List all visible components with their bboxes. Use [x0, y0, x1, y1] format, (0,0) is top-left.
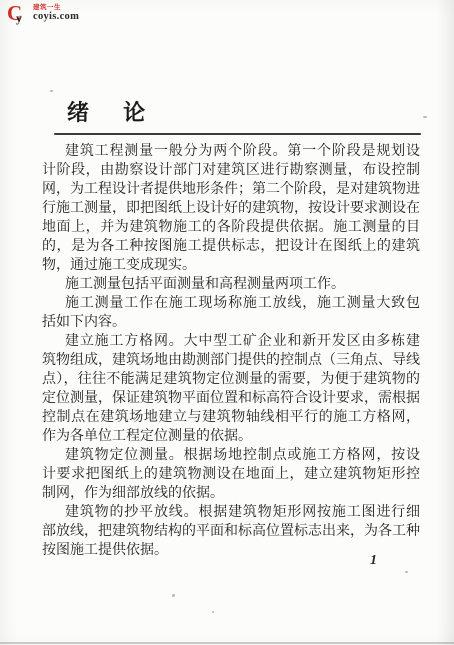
scan-speck [212, 611, 214, 613]
scan-speck [50, 90, 53, 92]
logo-letter-y: y [16, 11, 22, 26]
text-line: 计阶段，由勘察设计部门对建筑区进行勘察测量，布设控制 [42, 161, 420, 180]
page-number: 1 [370, 553, 377, 569]
watermark-site: coyis.com [33, 11, 79, 23]
text-line: 的，是为各工种按图施工提供标志，把设计在图纸上的建筑 [42, 237, 420, 256]
text-line: 部放线，把建筑物结构的平面和标高位置标志出来，为各工种 [42, 522, 420, 541]
body-text: 建筑工程测量一般分为两个阶段。第一个阶段是规划设计阶段，由勘察设计部门对建筑区进… [42, 142, 420, 560]
text-line: 建筑工程测量一般分为两个阶段。第一个阶段是规划设 [42, 142, 420, 161]
scan-bottom-edge [0, 642, 454, 644]
text-line: 行施工测量，即把图纸上设计好的建筑物，按设计要求测设在 [42, 199, 420, 218]
text-line: 制网，作为细部放线的依据。 [42, 484, 420, 503]
text-line: 定位测量，保证建筑物平面位置和标高符合设计要求，需根据 [42, 389, 420, 408]
scan-speck [405, 571, 408, 573]
text-line: 地面上，并为建筑物施工的各阶段提供依据。施工测量的目 [42, 218, 420, 237]
scan-speck [172, 594, 175, 597]
text-line: 建筑物的抄平放线。根据建筑物矩形网按施工图进行细 [42, 503, 420, 522]
text-line: 计要求把图纸上的建筑物测设在地面上，建立建筑物矩形控 [42, 465, 420, 484]
text-line: 建筑物定位测量。根据场地控制点或施工方格网，按设 [42, 446, 420, 465]
chapter-title: 绪 论 [67, 96, 146, 127]
text-line: 按图施工提供依据。 [42, 541, 420, 560]
coyis-watermark: C y 建筑一生 coyis.com [7, 3, 79, 25]
text-line: 网，为工程设计者提供地形条件；第二个阶段，是对建筑物进 [42, 180, 420, 199]
watermark-text: 建筑一生 coyis.com [33, 3, 79, 23]
text-line: 作为各单位工程定位测量的依据。 [42, 427, 420, 446]
text-line: 控制点在建筑场地建立与建筑物轴线相平行的施工方格网， [42, 408, 420, 427]
watermark-tagline: 建筑一生 [33, 4, 79, 11]
text-line: 物，通过施工变成现实。 [42, 256, 420, 275]
text-line: 括如下内容。 [42, 313, 420, 332]
text-line: 建立施工方格网。大中型工矿企业和新开发区由多栋建 [42, 332, 420, 351]
text-line: 施工测量工作在施工现场称施工放线，施工测量大致包 [42, 294, 420, 313]
text-line: 施工测量包括平面测量和高程测量两项工作。 [42, 275, 420, 294]
scan-speck [423, 116, 427, 118]
coyis-logo-icon: C y [7, 3, 29, 25]
title-underline [54, 133, 421, 135]
text-line: 筑物组成，建筑场地由勘测部门提供的控制点（三角点、导线 [42, 351, 420, 370]
book-page: C y 建筑一生 coyis.com 绪 论 建筑工程测量一般分为两个阶段。第一… [0, 0, 454, 645]
text-line: 点），往往不能满足建筑物定位测量的需要，为便于建筑物的 [42, 370, 420, 389]
